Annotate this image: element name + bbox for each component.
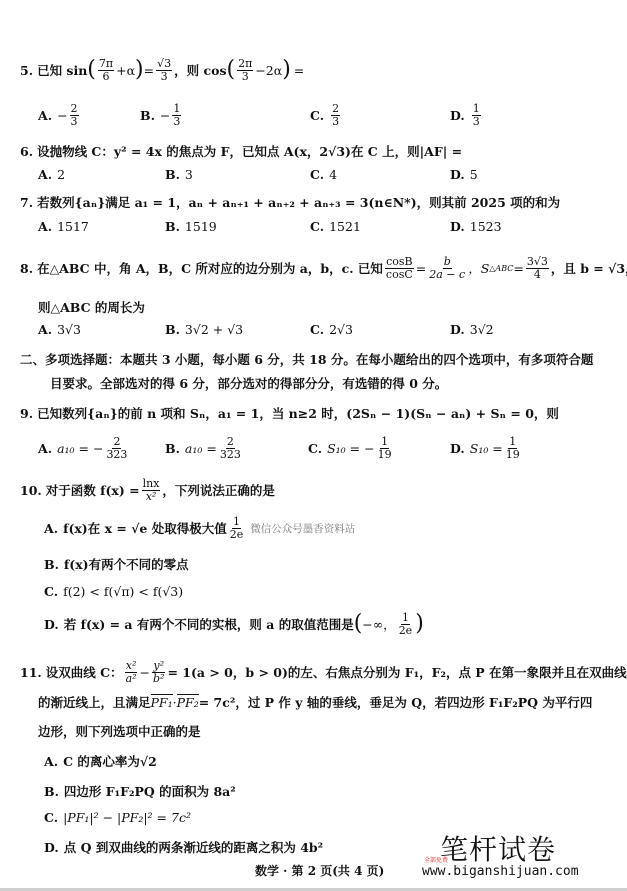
question-11-line2: 的渐近线上，且满足 PF₁ · PF₂ = 7c²，过 P 作 y 轴的垂线，垂… (38, 693, 592, 711)
question-8: 8. 在△ABC 中，角 A，B，C 所对应的边分别为 a，b，c. 已知 co… (20, 256, 627, 280)
option-d: D.1523 (450, 219, 502, 234)
option-c: C.4 (310, 167, 337, 182)
option-c: C.S₁₀ = − 119 (308, 436, 395, 460)
option-b: B.1519 (165, 219, 217, 234)
option-c: C.2√3 (310, 322, 353, 337)
free-tag: 全部免费 (424, 855, 448, 864)
brand-title: 笔杆试卷 (440, 828, 556, 868)
option-d: D.5 (450, 167, 478, 182)
section-2-heading: 二、多项选择题：本题共 3 小题，每小题 6 分，共 18 分。在每小题给出的四… (20, 350, 593, 368)
option-a: A.1517 (38, 219, 89, 234)
brand-watermark: 笔杆试卷 全部免费 www.biganshijuan.com (420, 828, 600, 886)
question-8-line2: 则△ABC 的周长为 (38, 298, 145, 316)
option-a: A.3√3 (38, 322, 81, 337)
question-number: 5. (20, 63, 33, 78)
fraction: √33 (156, 58, 172, 82)
vector-pf2: PF₂ (177, 694, 199, 710)
option-d: D.3√2 (450, 322, 494, 337)
option-c: C. 23 (310, 103, 342, 127)
option-a: A.C 的离心率为√2 (44, 752, 157, 770)
section-2-heading-line2: 目要求。全部选对的得 6 分，部分选对的得部分分，有选错的得 0 分。 (50, 374, 447, 392)
question-7: 7. 若数列{aₙ}满足 a₁ = 1，aₙ + aₙ₊₁ + aₙ₊₂ + a… (20, 193, 560, 211)
option-d: D.S₁₀ = 119 (450, 436, 523, 460)
option-a: A.− 23 (38, 103, 81, 127)
vector-pf1: PF₁ (151, 694, 173, 710)
option-a: A.a₁₀ = − 2323 (38, 436, 130, 460)
option-a: A. f(x)在 x = √e 处取得极大值 12e 微信公众号墨香资料站 (44, 516, 355, 540)
question-5: 5. 已知 sin ( 7π6 +α ) = √33 ，则 cos ( 2π3 … (20, 58, 304, 82)
question-10: 10. 对于函数 f(x) = lnxx² ，下列说法正确的是 (20, 478, 275, 502)
option-b: B.a₁₀ = 2323 (165, 436, 244, 460)
option-c: C.|PF₁|² − |PF₂|² = 7c² (44, 810, 191, 825)
option-b: B.− 13 (140, 103, 183, 127)
page-footer: 数学 · 第 2 页(共 4 页) (255, 862, 384, 879)
option-b: B.四边形 F₁F₂PQ 的面积为 8a² (44, 782, 236, 800)
option-a: A.2 (38, 167, 65, 182)
question-11-line3: 边形，则下列选项中正确的是 (38, 722, 201, 740)
question-9: 9. 已知数列{aₙ}的前 n 项和 Sₙ，a₁ = 1，当 n≥2 时，(2S… (20, 404, 559, 422)
option-b: B.3√2 + √3 (165, 322, 243, 337)
fraction: 2π3 (237, 58, 253, 82)
option-d: D. 13 (450, 103, 483, 127)
brand-url: www.biganshijuan.com (422, 864, 579, 879)
option-b: B.f(x)有两个不同的零点 (44, 555, 189, 573)
option-d: D. 若 f(x) = a 有两个不同的实根，则 a 的取值范围是 (−∞， 1… (44, 612, 424, 636)
watermark-text: 微信公众号墨香资料站 (250, 521, 355, 536)
question-11: 11. 设双曲线 C： x²a² − y²b² = 1(a > 0，b > 0)… (20, 660, 627, 684)
question-6: 6. 设抛物线 C：y² = 4x 的焦点为 F，已知点 A(x，2√3)在 C… (20, 142, 462, 160)
fraction: 7π6 (98, 58, 114, 82)
option-b: B.3 (165, 167, 193, 182)
exam-page: 5. 已知 sin ( 7π6 +α ) = √33 ，则 cos ( 2π3 … (0, 0, 627, 888)
option-c: C.1521 (310, 219, 361, 234)
option-d: D.点 Q 到双曲线的两条渐近线的距离之积为 4b² (44, 838, 323, 856)
option-c: C.f(2) < f(√π) < f(√3) (44, 584, 183, 599)
